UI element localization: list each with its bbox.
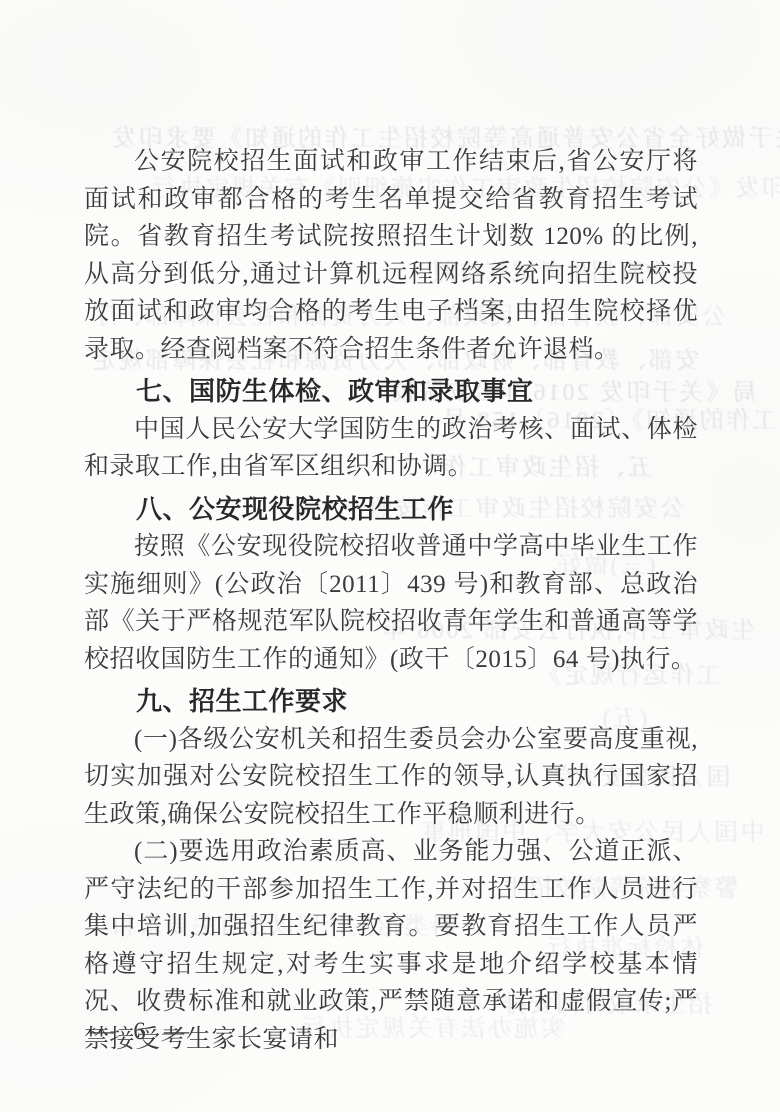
paragraph: 中国人民公安大学国防生的政治考核、面试、体检和录取工作,由省军区组织和协调。 [84,411,698,486]
section-heading: 七、国防生体检、政审和录取事宜 [84,373,698,411]
document-body: 公安院校招生面试和政审工作结束后,省公安厅将面试和政审都合格的考生名单提交给省教… [84,143,698,1058]
paragraph: 按照《公安现役院校招收普通中学高中毕业生工作实施细则》(公政治〔2011〕439… [84,528,698,678]
page-number: — 6 — [90,1018,195,1046]
paragraph: (一)各级公安机关和招生委员会办公室要高度重视,切实加强对公安院校招生工作的领导… [84,721,698,834]
paragraph: 公安院校招生面试和政审工作结束后,省公安厅将面试和政审都合格的考生名单提交给省教… [84,143,698,368]
section-heading: 八、公安现役院校招生工作 [84,491,698,529]
document-page: 《关于做好全省公安普通高等院校招生工作的通知》要求印发安厅印发《公安院校招生政审… [0,0,780,1112]
section-heading: 九、招生工作要求 [84,683,698,721]
